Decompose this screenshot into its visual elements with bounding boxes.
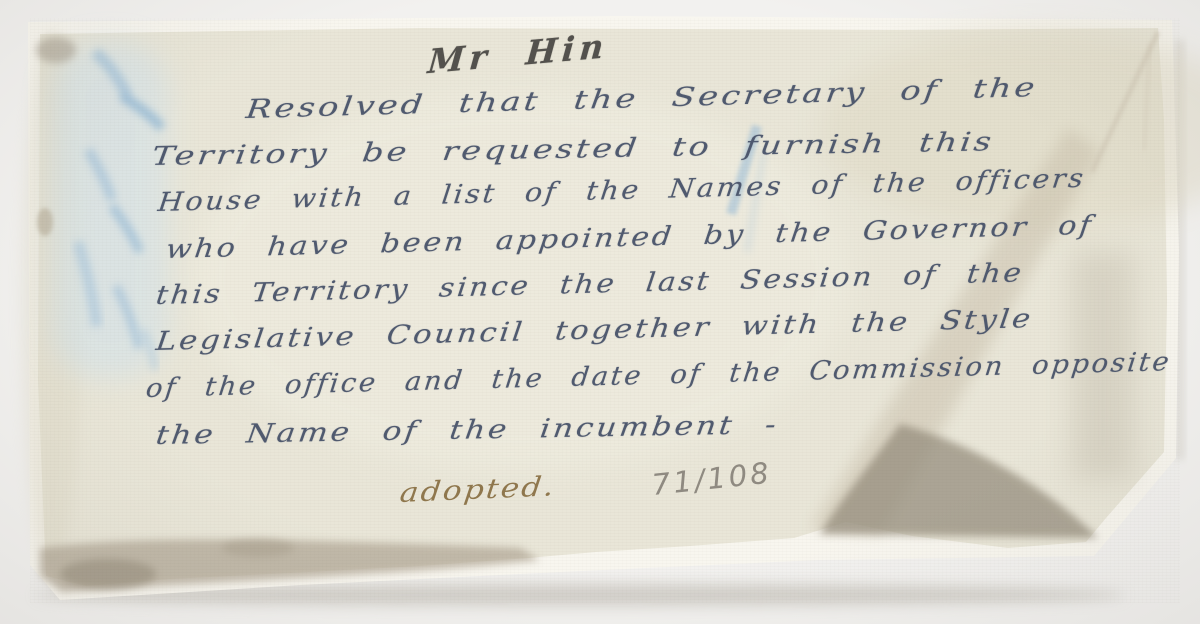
scanned-manuscript-photo: Mr Hin Resolved that the Secretary of th… — [0, 0, 1200, 624]
grey-smudge-topleft — [36, 37, 76, 63]
grey-smudge-leftedge — [37, 208, 53, 236]
blue-smudge-left — [52, 42, 168, 378]
